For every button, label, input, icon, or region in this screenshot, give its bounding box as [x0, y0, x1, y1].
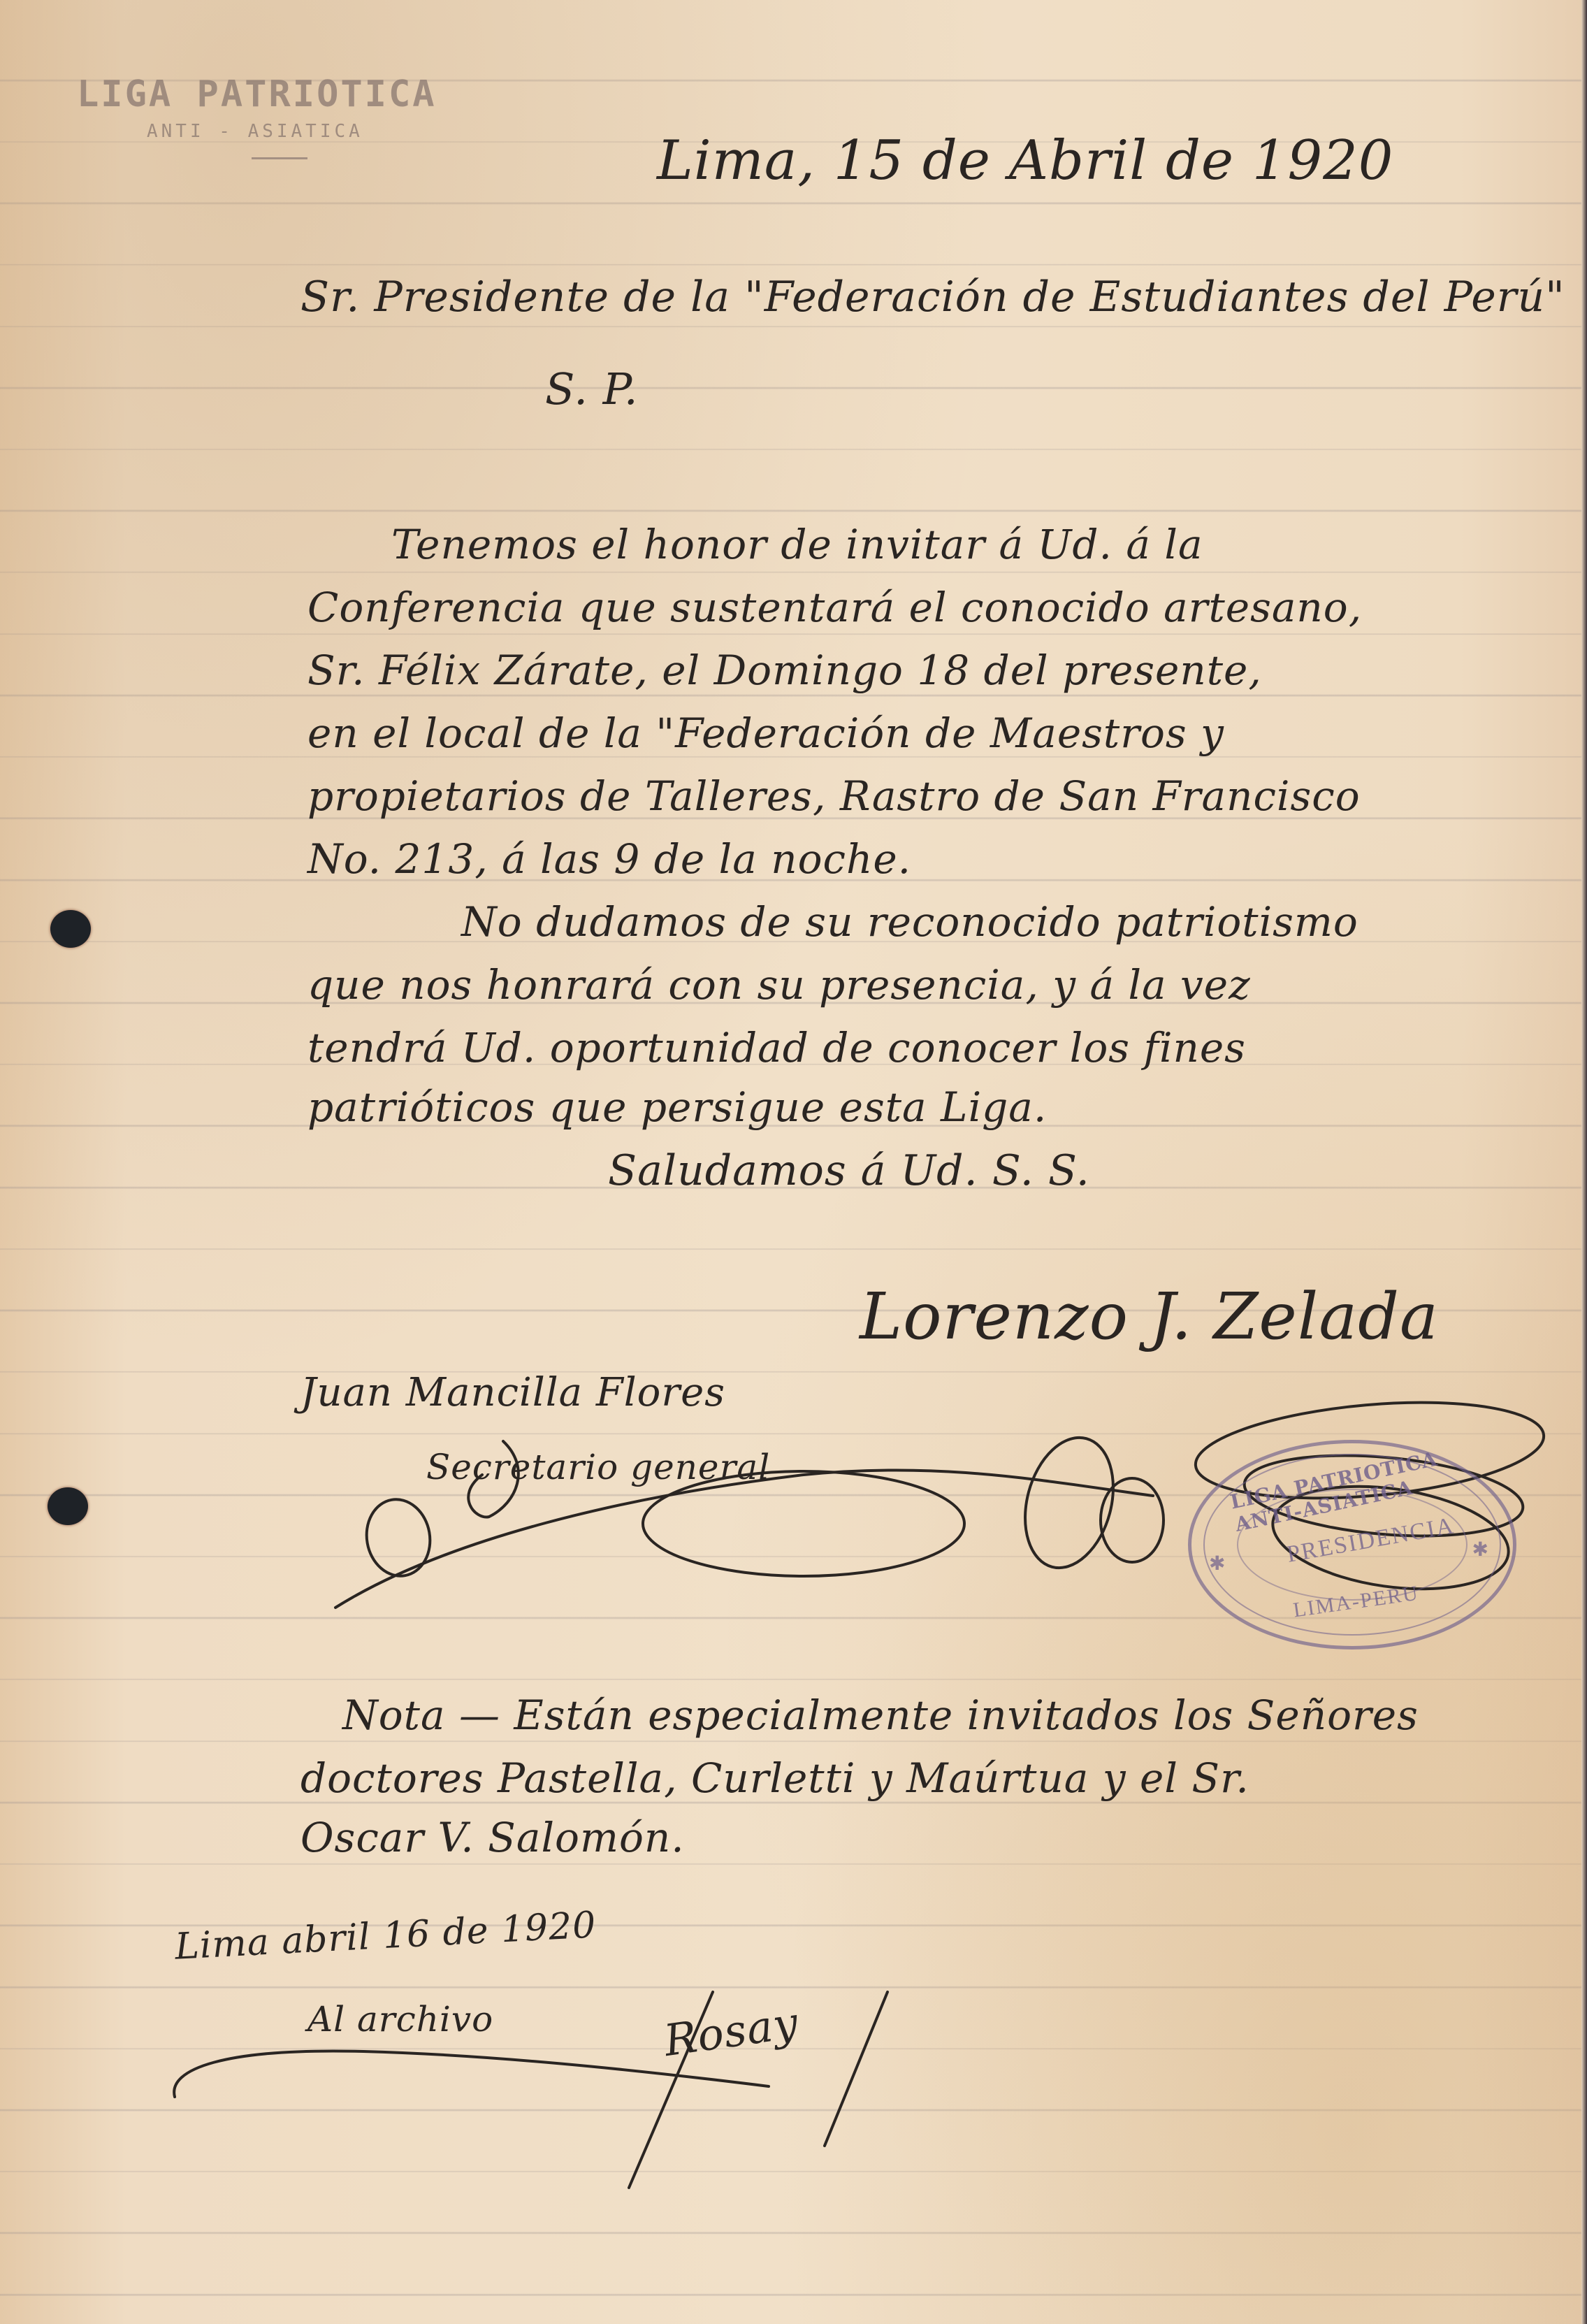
page-edge: [1581, 0, 1587, 2324]
secretary-name: Juan Mancilla Flores: [300, 1370, 725, 1415]
letterhead: LIGA PATRIOTICA ANTI - ASIATICA: [77, 73, 496, 159]
letterhead-title: LIGA PATRIOTICA: [77, 73, 496, 115]
body-line: Tenemos el honor de invitar á Ud. á la: [391, 521, 1203, 568]
endorsement-text: Al archivo: [307, 1999, 493, 2040]
endorsement-date: Lima abril 16 de 1920: [174, 1904, 597, 1968]
note-line: Nota — Están especialmente invitados los…: [342, 1691, 1419, 1739]
note-line: Oscar V. Salomón.: [300, 1814, 685, 1861]
body-line: Conferencia que sustentará el conocido a…: [307, 584, 1362, 631]
body-line: tendrá Ud. oportunidad de conocer los fi…: [307, 1024, 1246, 1071]
body-line: en el local de la "Federación de Maestro…: [307, 709, 1224, 757]
secretary-title: Secretario general: [426, 1447, 770, 1487]
addressee-line: Sr. Presidente de la "Federación de Estu…: [300, 273, 1565, 322]
closing: Saludamos á Ud. S. S.: [608, 1146, 1090, 1195]
body-line: propietarios de Talleres, Rastro de San …: [307, 772, 1361, 820]
endorsement-signature: Rosay: [661, 1997, 802, 2066]
body-line: No. 213, á las 9 de la noche.: [307, 835, 911, 883]
note-line: doctores Pastella, Curletti y Maúrtua y …: [300, 1754, 1249, 1802]
letter-date: Lima, 15 de Abril de 1920: [657, 129, 1393, 192]
star-icon: ✱: [1472, 1538, 1488, 1561]
salutation-abbrev: S. P.: [545, 363, 639, 414]
letterhead-divider: [252, 157, 307, 159]
liga-seal-stamp: LIGA PATRIOTICA ANTI-ASIATICA PRESIDENCI…: [1188, 1440, 1516, 1650]
punch-hole-icon: [50, 910, 91, 948]
star-icon: ✱: [1209, 1552, 1225, 1575]
letter-page: LIGA PATRIOTICA ANTI - ASIATICA Lima, 15…: [0, 0, 1587, 2324]
body-line: patrióticos que persigue esta Liga.: [307, 1083, 1047, 1131]
punch-hole-icon: [48, 1487, 88, 1525]
president-signature: Lorenzo J. Zelada: [860, 1279, 1439, 1354]
letterhead-subtitle: ANTI - ASIATICA: [147, 121, 496, 142]
body-line: No dudamos de su reconocido patriotismo: [461, 898, 1358, 946]
body-line: que nos honrará con su presencia, y á la…: [307, 961, 1251, 1009]
body-line: Sr. Félix Zárate, el Domingo 18 del pres…: [307, 647, 1262, 694]
